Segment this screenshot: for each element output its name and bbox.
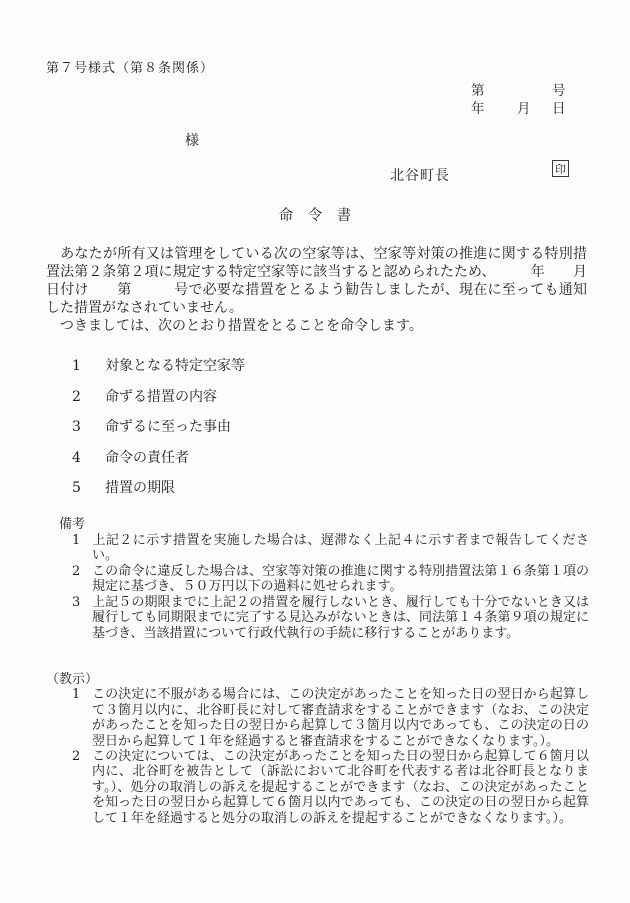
order-item-5: 5措置の期限: [46, 479, 587, 497]
instruction-item-2: 2この決定については、この決定があったことを知った日の翌日から起算して６箇月以内…: [46, 749, 589, 826]
doc-number-suffix: 号: [552, 79, 566, 99]
remarks-item-number: 1: [72, 533, 92, 549]
remarks-item-text: この命令に違反した場合は、空家等対策の推進に関する特別措置法第１６条第１項の規定…: [92, 564, 589, 595]
instruction-item-number: 2: [72, 749, 92, 764]
document-title: 命 令 書: [0, 204, 630, 225]
order-item-number: 5: [72, 479, 105, 497]
remarks-item-number: 2: [72, 564, 92, 580]
instruction-section: （教示） 1この決定に不服がある場合には、この決定があったことを知った日の翌日か…: [46, 672, 589, 826]
remarks-heading: 備考: [46, 517, 589, 533]
remarks-item-text: 上記２に示す措置を実施した場合は、遅滞なく上記４に示す者まで報告してください。: [92, 533, 589, 564]
order-item-label: 命ずるに至った事由: [105, 419, 231, 435]
document-page: 第７号様式（第８条関係） 第 号 年 月 日 様 北谷町長 印 命 令 書 あな…: [0, 0, 630, 903]
remarks-item-text: 上記５の期限までに上記２の措置を履行しないとき、履行しても十分でないとき又は履行…: [92, 595, 589, 641]
date-day-label: 日: [552, 97, 566, 117]
order-item-number: 3: [72, 418, 105, 436]
body-paragraph-1: あなたが所有又は管理をしている次の空家等は、空家等対策の推進に関する特別措置法第…: [46, 245, 587, 317]
date-month-label: 月: [517, 97, 531, 117]
remarks-item-2: 2この命令に違反した場合は、空家等対策の推進に関する特別措置法第１６条第１項の規…: [46, 564, 589, 595]
body-paragraph-2: つきましては、次のとおり措置をとることを命令します。: [46, 317, 587, 335]
order-item-2: 2命ずる措置の内容: [46, 388, 587, 406]
remarks-item-3: 3上記５の期限までに上記２の措置を履行しないとき、履行しても十分でないとき又は履…: [46, 595, 589, 642]
form-id-label: 第７号様式（第８条関係）: [46, 57, 214, 76]
order-item-label: 措置の期限: [105, 480, 175, 496]
order-item-number: 4: [72, 449, 105, 467]
order-item-4: 4命令の責任者: [46, 449, 587, 467]
instruction-item-text: この決定に不服がある場合には、この決定があったことを知った日の翌日から起算して３…: [92, 687, 589, 748]
order-item-1: 1対象となる特定空家等: [46, 357, 587, 375]
order-item-list: 1対象となる特定空家等 2命ずる措置の内容 3命ずるに至った事由 4命令の責任者…: [46, 357, 587, 510]
instruction-item-number: 1: [72, 687, 92, 702]
body-text-block: あなたが所有又は管理をしている次の空家等は、空家等対策の推進に関する特別措置法第…: [46, 245, 587, 335]
order-item-label: 命ずる措置の内容: [105, 389, 217, 405]
date-year-label: 年: [471, 97, 485, 117]
order-item-number: 1: [72, 357, 105, 375]
issuer-name: 北谷町長: [390, 165, 450, 185]
remarks-item-number: 3: [72, 595, 92, 611]
remarks-item-1: 1上記２に示す措置を実施した場合は、遅滞なく上記４に示す者まで報告してください。: [46, 533, 589, 564]
instruction-item-text: この決定については、この決定があったことを知った日の翌日から起算して６箇月以内に…: [92, 749, 589, 826]
order-item-label: 対象となる特定空家等: [105, 358, 245, 374]
addressee-honorific: 様: [185, 130, 199, 150]
order-item-label: 命令の責任者: [105, 450, 189, 466]
seal-placeholder-box: 印: [552, 160, 569, 177]
instruction-item-1: 1この決定に不服がある場合には、この決定があったことを知った日の翌日から起算して…: [46, 687, 589, 749]
order-item-number: 2: [72, 388, 105, 406]
remarks-section: 備考 1上記２に示す措置を実施した場合は、遅滞なく上記４に示す者まで報告してくだ…: [46, 517, 589, 641]
order-item-3: 3命ずるに至った事由: [46, 418, 587, 436]
instruction-heading: （教示）: [46, 672, 589, 687]
doc-number-prefix: 第: [471, 79, 485, 99]
